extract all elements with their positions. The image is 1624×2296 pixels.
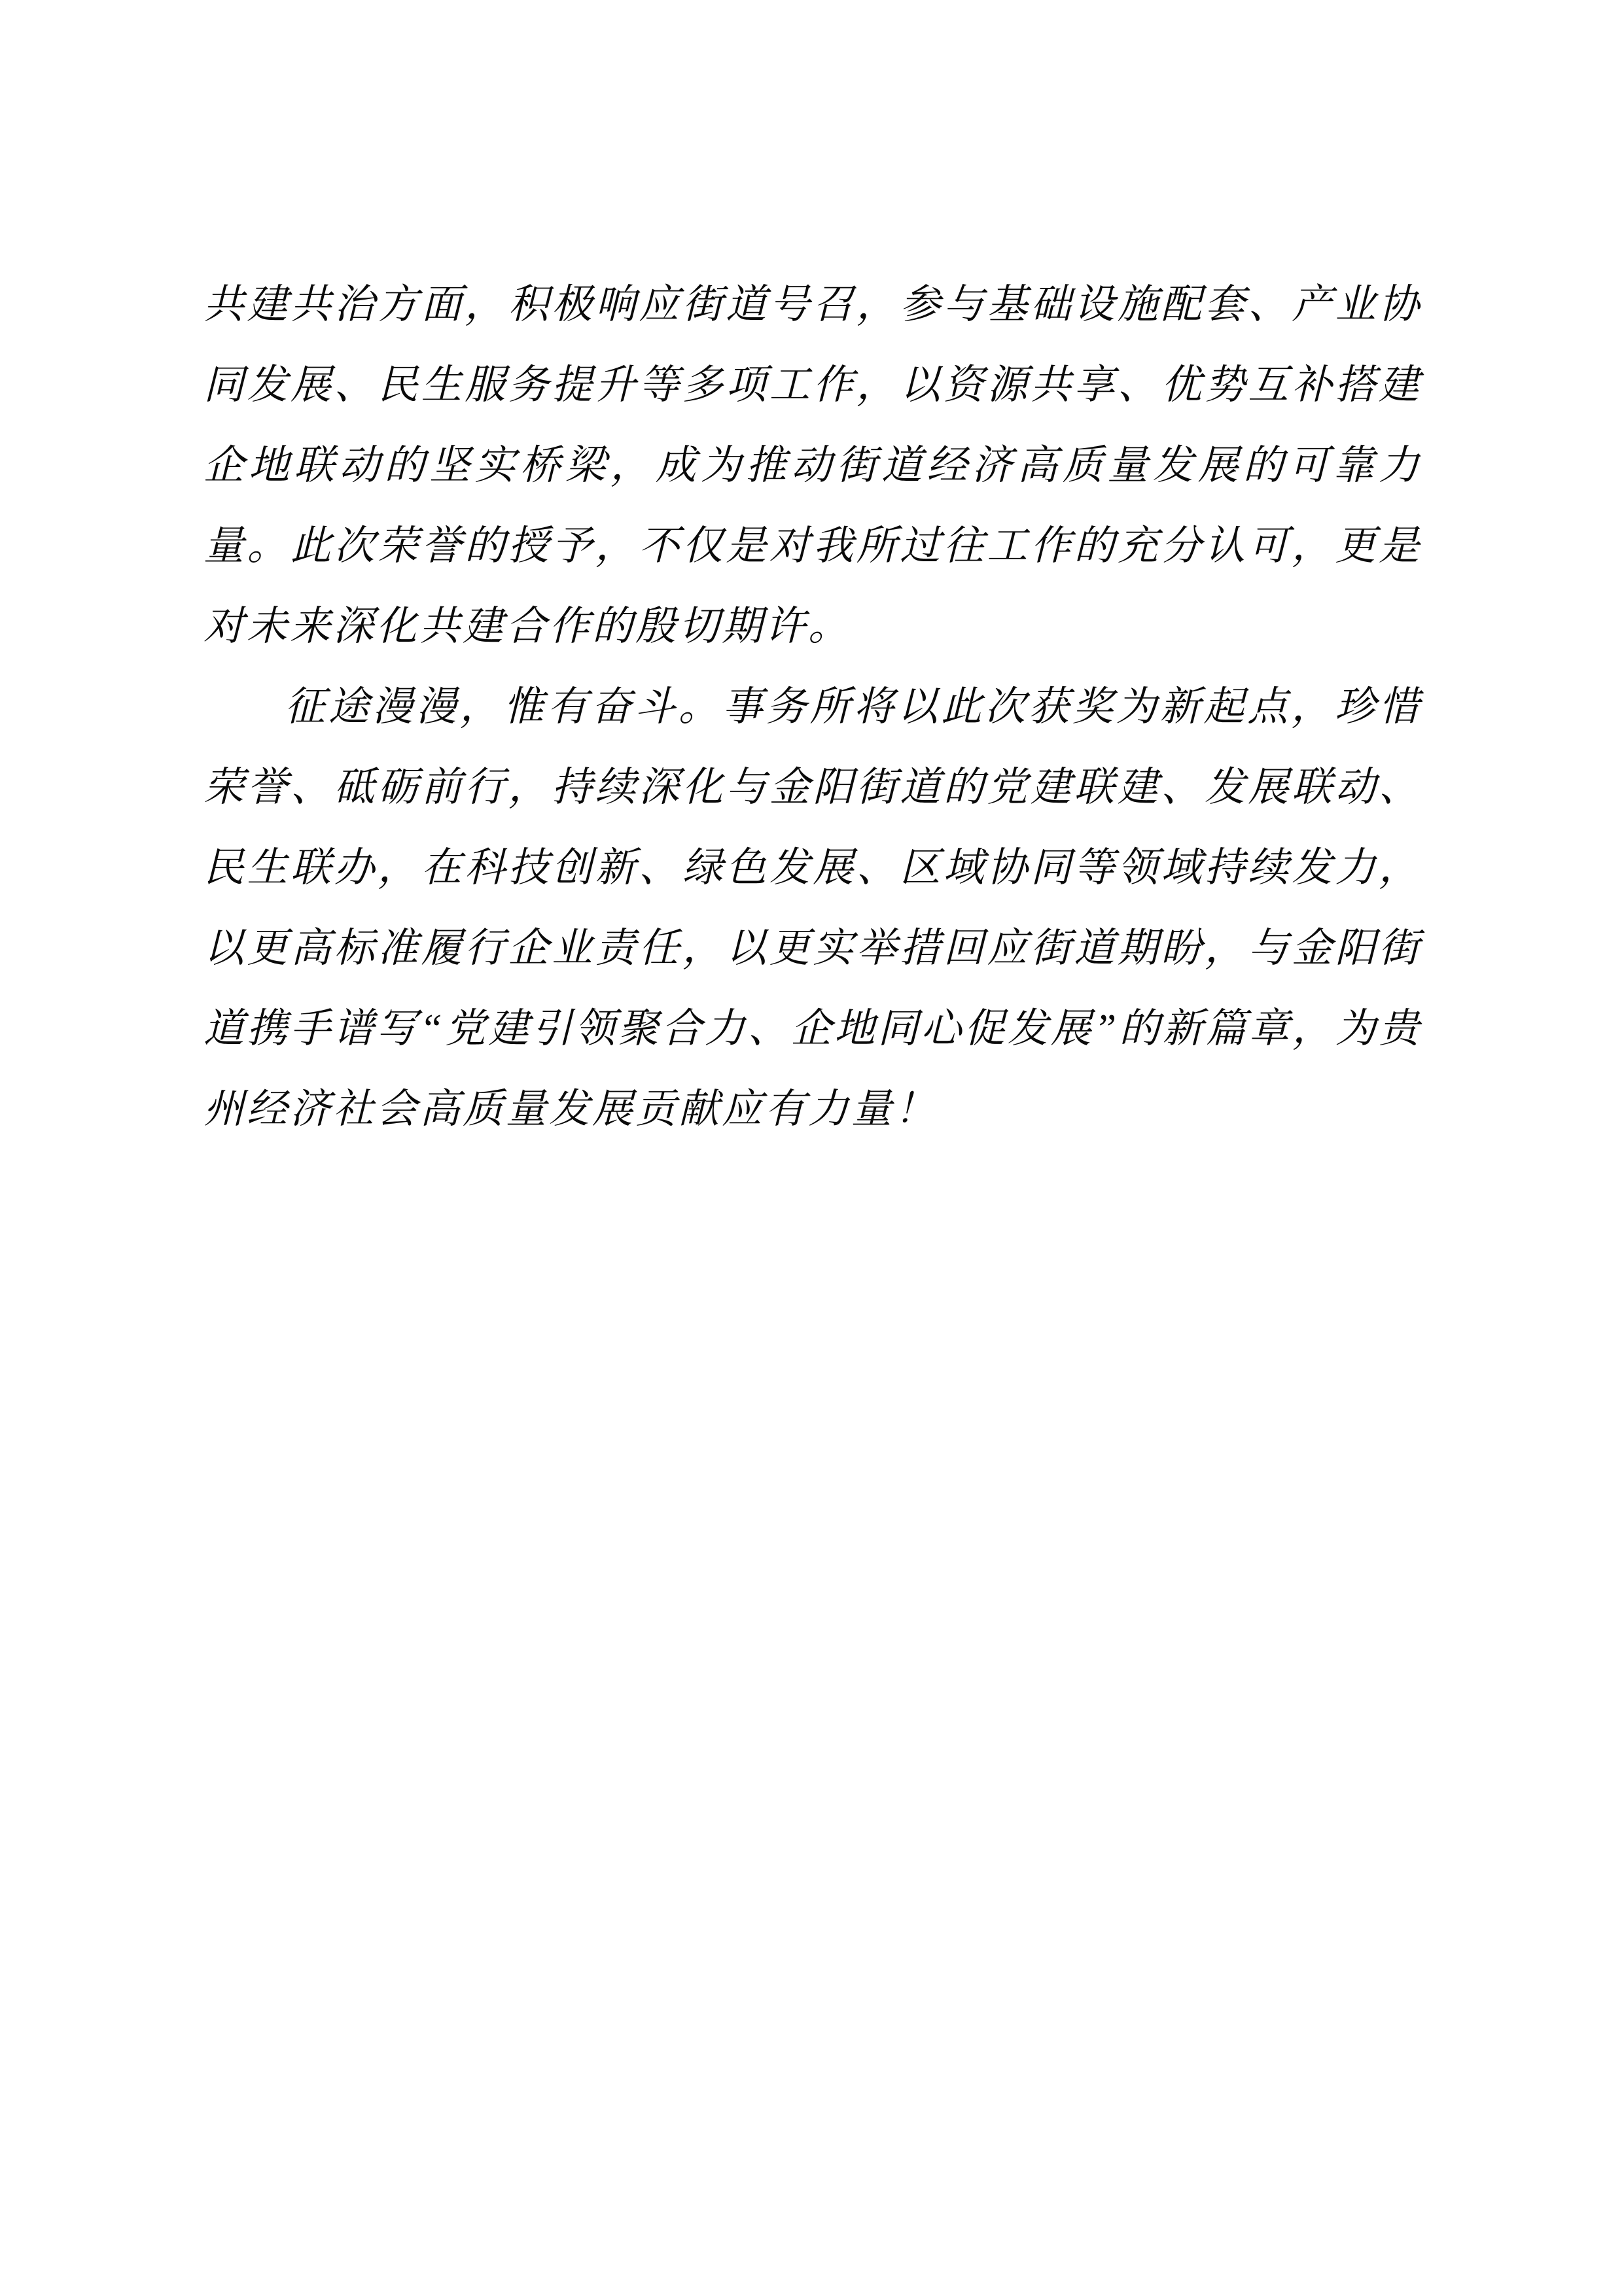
paragraph: 共建共治方面，积极响应街道号召，参与基础设施配套、产业协同发展、民生服务提升等多…	[203, 265, 1422, 667]
paragraph: 征途漫漫，惟有奋斗。事务所将以此次获奖为新起点，珍惜荣誉、砥砺前行，持续深化与金…	[203, 667, 1422, 1150]
document-page: 共建共治方面，积极响应街道号召，参与基础设施配套、产业协同发展、民生服务提升等多…	[0, 0, 1624, 2296]
document-body: 共建共治方面，积极响应街道号召，参与基础设施配套、产业协同发展、民生服务提升等多…	[203, 265, 1422, 1150]
